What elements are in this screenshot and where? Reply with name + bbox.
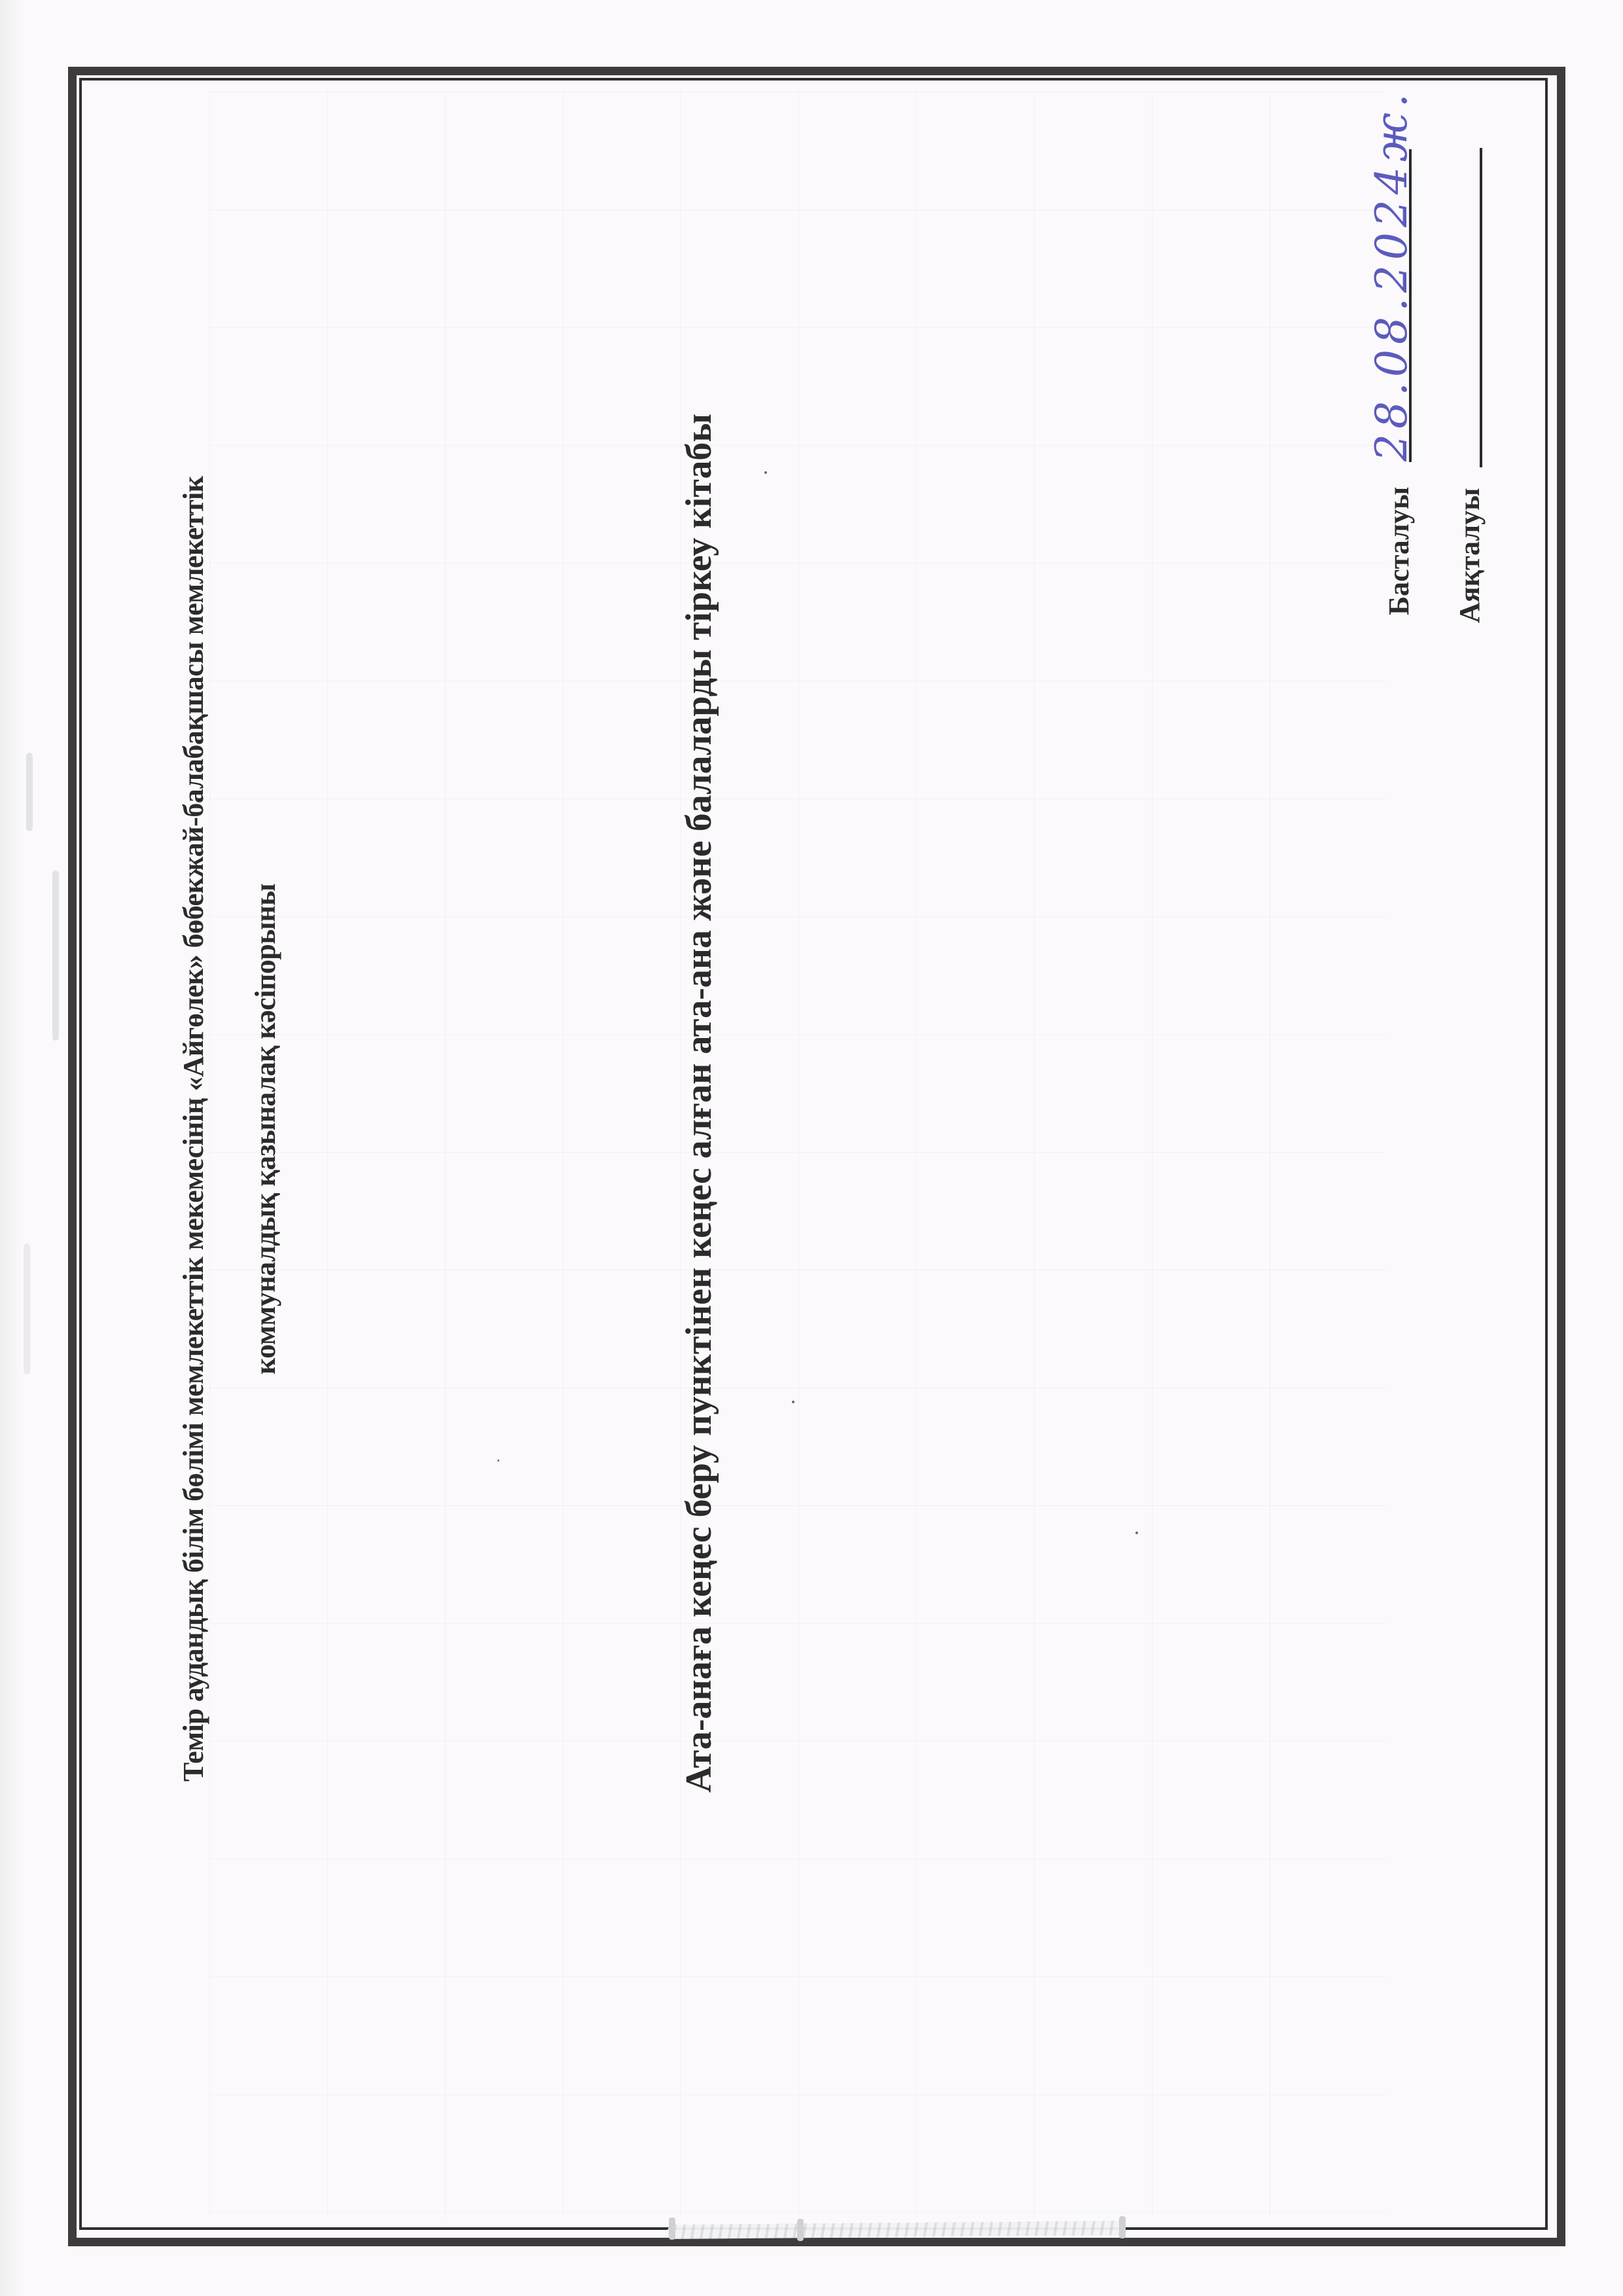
scan-speck xyxy=(792,1401,794,1403)
binding-thread-knot xyxy=(669,2217,675,2240)
scan-edge-shadow xyxy=(0,0,22,2296)
scan-smudge xyxy=(52,870,59,1041)
scan-smudge xyxy=(24,1244,30,1374)
start-date-label: Басталуы xyxy=(1382,470,1416,615)
scan-speck xyxy=(764,471,767,474)
scan-speck xyxy=(1135,1532,1138,1534)
scan-smudge xyxy=(26,753,33,831)
start-date-handwritten-value: 28.08.2024ж. xyxy=(1366,105,1417,461)
binding-thread-knot xyxy=(1119,2216,1126,2238)
institution-header-line-2: коммуналдық қазыналақ кәсіпорыны xyxy=(249,831,282,1427)
institution-header-line-1: Темір аудандық білім бөлімі мемлекеттік … xyxy=(177,363,210,1895)
book-title: Ата-анаға кеңес беру пунктінен кеңес алғ… xyxy=(678,357,720,1849)
end-date-field-line xyxy=(1480,148,1482,467)
end-date-label: Аяқталуы xyxy=(1453,469,1486,623)
page-frame-inner xyxy=(79,78,1548,2230)
binding-thread-knot xyxy=(797,2219,804,2241)
scan-speck xyxy=(497,1460,499,1462)
